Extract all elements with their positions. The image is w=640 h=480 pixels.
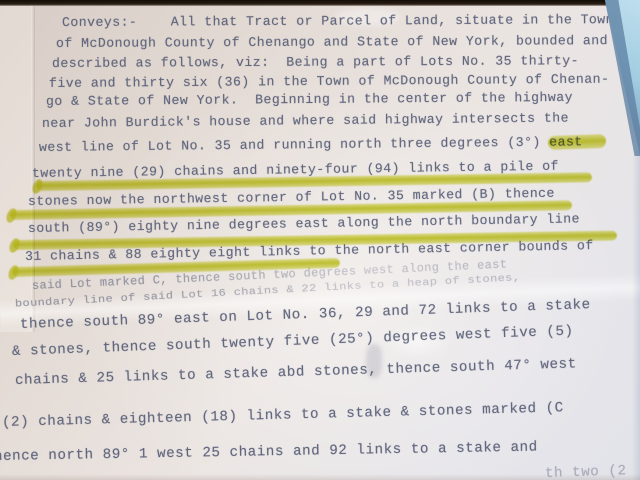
document-line: of McDonough County of Chenango and Stat… — [56, 33, 608, 51]
document-line: go & State of New York. Beginning in the… — [46, 90, 573, 109]
document-line: th two (2 — [545, 463, 627, 480]
photo-of-deed-document: Conveys:- All that Tract or Parcel of La… — [0, 0, 640, 480]
highlighter-blob-east — [548, 134, 606, 150]
paper-right-edge-shadow — [632, 150, 640, 480]
document-line: chains & 25 links to a stake abd stones,… — [15, 356, 577, 389]
document-line: five and thirty six (36) in the Town of … — [49, 72, 609, 91]
document-line: described as follows, viz: Being a part … — [52, 53, 579, 71]
photo-top-dark-border — [0, 0, 606, 6]
document-line: (2) chains & eighteen (18) links to a st… — [2, 400, 564, 431]
paper-bottom-edge-shadow — [0, 474, 640, 480]
line-text: west line of Lot No. 35 and running nort… — [39, 135, 549, 155]
document-line: Conveys:- All that Tract or Parcel of La… — [62, 12, 614, 30]
paper-left-of-crease — [0, 6, 31, 332]
document-line: west line of Lot No. 35 and running nort… — [39, 134, 583, 155]
document-line: near John Burdick's house and where said… — [42, 110, 569, 131]
document-line: hence north 89° 1 west 25 chains and 92 … — [0, 440, 538, 465]
